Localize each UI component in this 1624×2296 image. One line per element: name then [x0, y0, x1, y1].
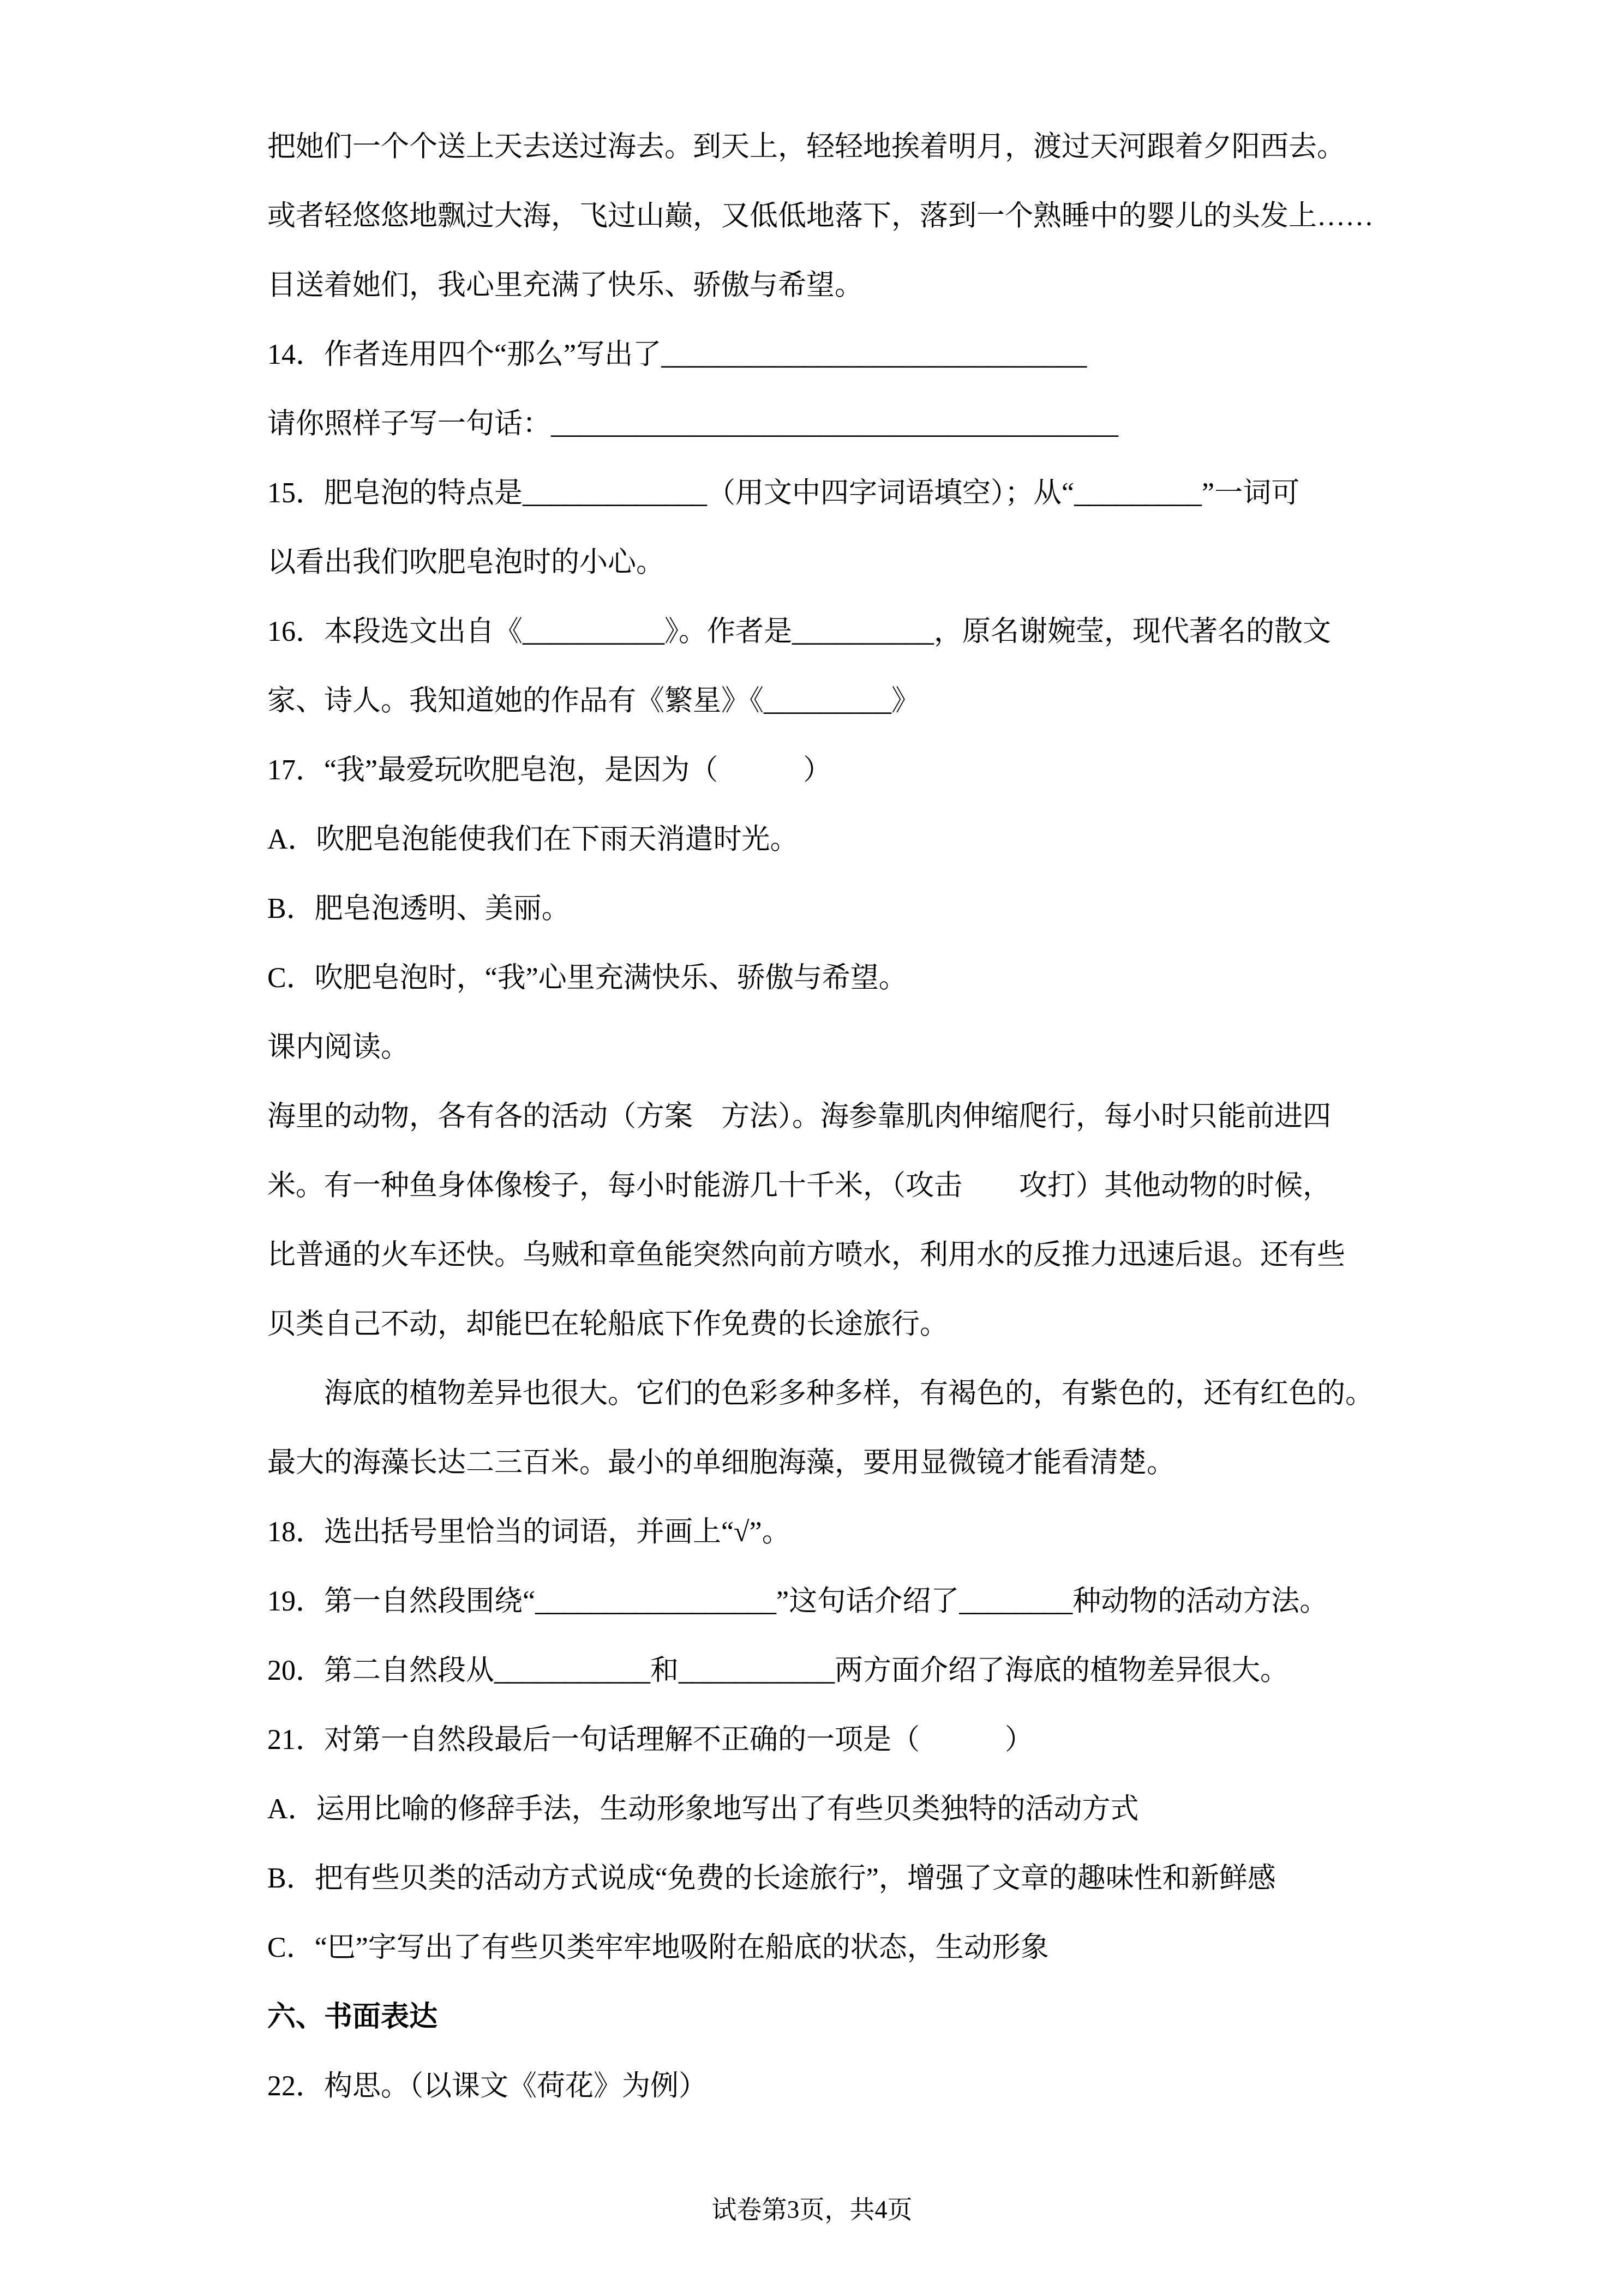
exam-page-content: 把她们一个个送上天去送过海去。到天上，轻轻地挨着明月，渡过天河跟着夕阳西去。 或…: [0, 0, 1624, 2121]
question-15-continuation: 以看出我们吹肥皂泡时的小心。: [267, 528, 1368, 597]
passage-continuation-line: 把她们一个个送上天去送过海去。到天上，轻轻地挨着明月，渡过天河跟着夕阳西去。: [267, 112, 1368, 182]
question-14-followup: 请你照样子写一句话：______________________________…: [267, 389, 1368, 459]
section-label-reading: 课内阅读。: [267, 1013, 1368, 1082]
question-19-stem: 19．第一自然段围绕“_________________”这句话介绍了_____…: [267, 1567, 1368, 1636]
question-17-option-c: C．吹肥皂泡时，“我”心里充满快乐、骄傲与希望。: [267, 943, 1368, 1013]
reading-passage-line: 最大的海藻长达二三百米。最小的单细胞海藻，要用显微镜才能看清楚。: [267, 1428, 1368, 1498]
reading-passage-line: 海里的动物，各有各的活动（方案 方法）。海参靠肌肉伸缩爬行，每小时只能前进四: [267, 1082, 1368, 1151]
question-14-stem: 14．作者连用四个“那么”写出了________________________…: [267, 320, 1368, 389]
question-16-stem: 16．本段选文出自《__________》。作者是__________，原名谢婉…: [267, 597, 1368, 666]
question-15-stem: 15．肥皂泡的特点是_____________（用文中四字词语填空）；从“___…: [267, 459, 1368, 528]
reading-passage-line: 比普通的火车还快。乌贼和章鱼能突然向前方喷水，利用水的反推力迅速后退。还有些: [267, 1221, 1368, 1290]
page-footer: 试卷第3页，共4页: [0, 2193, 1624, 2226]
question-17-option-b: B．肥皂泡透明、美丽。: [267, 874, 1368, 943]
question-22-stem: 22．构思。（以课文《荷花》为例）: [267, 2052, 1368, 2121]
question-20-stem: 20．第二自然段从___________和___________两方面介绍了海底…: [267, 1636, 1368, 1705]
passage-continuation-line: 目送着她们，我心里充满了快乐、骄傲与希望。: [267, 251, 1368, 320]
passage-continuation-line: 或者轻悠悠地飘过大海，飞过山巅，又低低地落下，落到一个熟睡中的婴儿的头发上……: [267, 182, 1368, 251]
question-21-option-a: A．运用比喻的修辞手法，生动形象地写出了有些贝类独特的活动方式: [267, 1775, 1368, 1844]
reading-passage-line: 米。有一种鱼身体像梭子，每小时能游几十千米，（攻击 攻打）其他动物的时候，: [267, 1151, 1368, 1221]
reading-passage-line: 海底的植物差异也很大。它们的色彩多种多样，有褐色的，有紫色的，还有红色的。: [267, 1359, 1368, 1428]
question-17-option-a: A．吹肥皂泡能使我们在下雨天消遣时光。: [267, 805, 1368, 874]
question-21-stem: 21．对第一自然段最后一句话理解不正确的一项是（ ）: [267, 1705, 1368, 1775]
question-16-continuation: 家、诗人。我知道她的作品有《繁星》《_________》: [267, 666, 1368, 736]
question-21-option-b: B．把有些贝类的活动方式说成“免费的长途旅行”，增强了文章的趣味性和新鲜感: [267, 1844, 1368, 1913]
question-18-stem: 18．选出括号里恰当的词语，并画上“√”。: [267, 1498, 1368, 1567]
question-17-stem: 17．“我”最爱玩吹肥皂泡，是因为（ ）: [267, 736, 1368, 805]
question-21-option-c: C．“巴”字写出了有些贝类牢牢地吸附在船底的状态，生动形象: [267, 1913, 1368, 1982]
reading-passage-line: 贝类自己不动，却能巴在轮船底下作免费的长途旅行。: [267, 1290, 1368, 1359]
section-heading-written-expression: 六、书面表达: [267, 1982, 1368, 2052]
